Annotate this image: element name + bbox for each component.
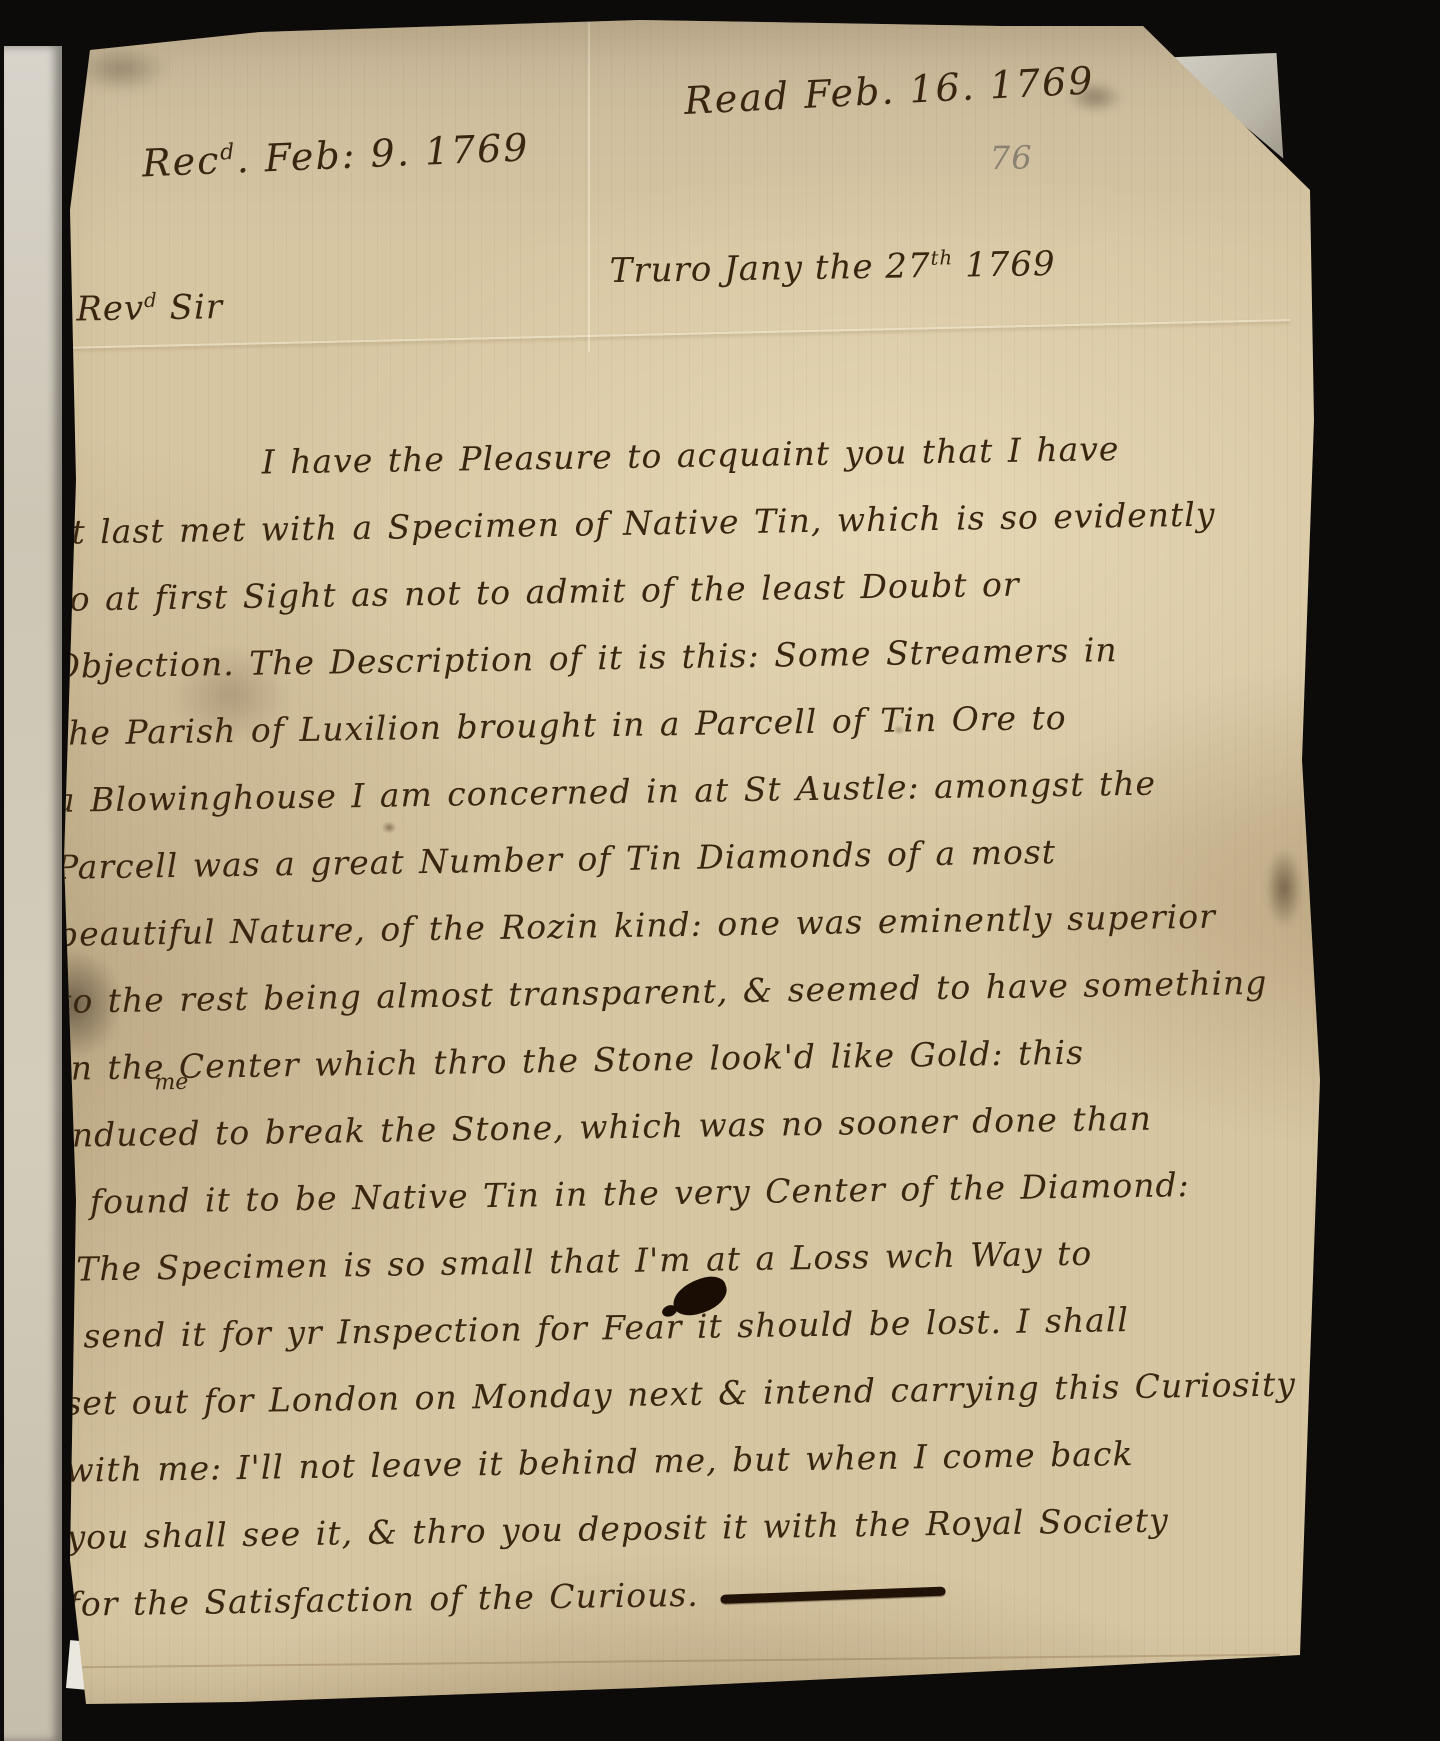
- read-endorsement: Read Feb. 16. 1769: [683, 58, 1095, 123]
- dateline-superscript: th: [930, 246, 953, 269]
- letter-body: I have the Pleasure to acquaint you that…: [49, 412, 1348, 1638]
- salutation-text: Rev: [76, 288, 145, 329]
- folio-number: 76: [990, 138, 1033, 177]
- closing-flourish: [721, 1586, 946, 1603]
- manuscript-scan: Read Feb. 16. 1769 76 Recd. Feb: 9. 1769…: [0, 0, 1440, 1741]
- received-text: Rec: [141, 138, 221, 185]
- letter-content: Read Feb. 16. 1769 76 Recd. Feb: 9. 1769…: [0, 0, 1440, 1741]
- inserted-word: me: [154, 1070, 188, 1096]
- letter-page: Read Feb. 16. 1769 76 Recd. Feb: 9. 1769…: [0, 0, 1440, 1741]
- dateline-year: 1769: [953, 244, 1056, 286]
- salutation-rest: Sir: [158, 287, 224, 328]
- salutation: Revd Sir: [76, 287, 223, 329]
- dateline: Truro Jany the 27th 1769: [609, 244, 1055, 291]
- received-superscript: d: [220, 140, 237, 166]
- received-endorsement: Recd. Feb: 9. 1769: [141, 125, 530, 185]
- received-date: . Feb: 9. 1769: [236, 125, 531, 181]
- dateline-text: Truro Jany the 27: [609, 246, 931, 291]
- underlying-page-edge: [4, 46, 62, 1741]
- salutation-superscript: d: [144, 289, 158, 312]
